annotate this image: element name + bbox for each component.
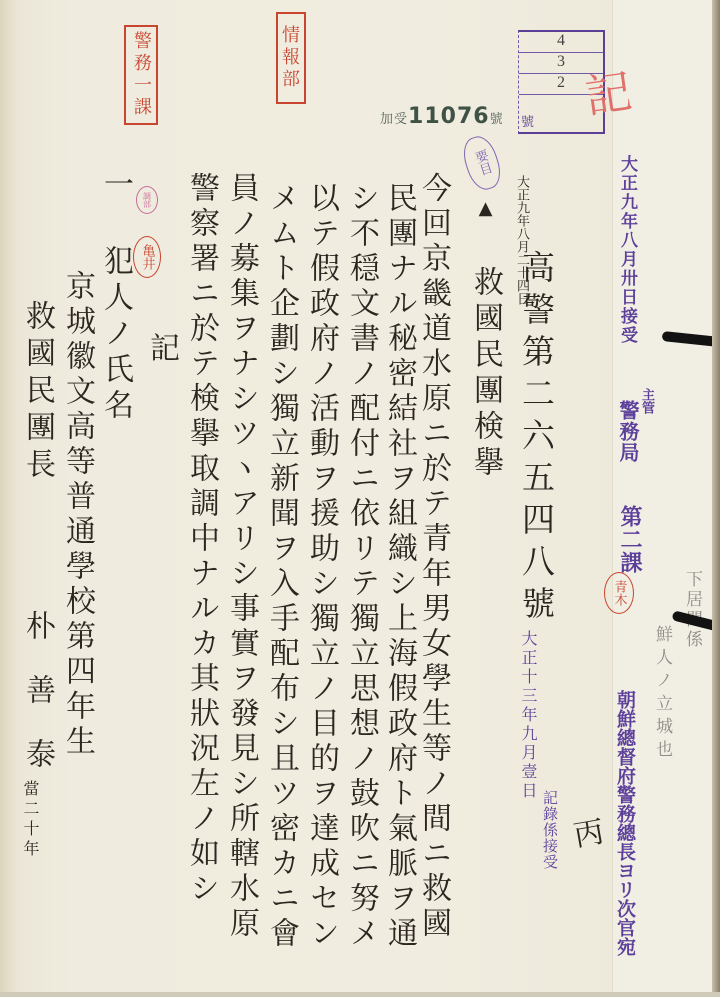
body-column-2: 民團ナル秘密結社ヲ組織シ上海假政府ト氣脈ヲ通	[384, 182, 414, 952]
page-edge	[712, 0, 720, 997]
item-label-text: 犯人ノ氏名	[98, 245, 133, 425]
stamp-kamei: 亀井	[133, 236, 161, 278]
section-stamp: 第二課	[618, 505, 640, 574]
record-receipt-date: 大正十三年九月壹日	[520, 630, 536, 801]
suspect-age: 當二十年	[22, 780, 38, 860]
stamp-chobu: 調部	[136, 186, 158, 214]
triangle-mark-icon: ▲	[475, 198, 496, 225]
subject-text: 救國民團検擧	[468, 266, 503, 482]
body-column-3: シ不穏文書ノ配付ニ依リテ獨立思想ノ鼓吹ニ努メ	[346, 182, 376, 952]
stamp-keimu-ikka: 警務一課	[124, 25, 158, 125]
document-page: 警務一課 情報部 加受11076號 4 3 2 號 記 要目 大正九年八月二十四…	[0, 0, 712, 997]
document-number: 高警第二六五四八號	[520, 250, 553, 628]
body-column-7: 警察署ニ於テ検擧取調中ナルカ其狀況左ノ如シ	[186, 172, 216, 907]
subject-line: ▲ 救國民團検擧	[470, 198, 500, 482]
reference-number: 加受11076號	[380, 104, 504, 129]
suspect-name: 朴善泰	[22, 610, 52, 802]
body-column-4: 以テ假政府ノ活動ヲ援助シ獨立ノ目的ヲ達成セン	[306, 182, 336, 952]
bureau-stamp: 警務局	[618, 400, 638, 463]
bureau-prefix: 主管	[640, 388, 653, 414]
body-column-1: 今回京畿道水原ニ於テ青年男女學生等ノ間ニ救國	[418, 172, 448, 942]
stamp-aoki: 青木	[604, 572, 634, 614]
registry-row: 4	[519, 32, 603, 53]
stamp-yomoku: 要目	[458, 132, 505, 193]
suspect-role: 救國民團長	[22, 300, 52, 485]
bottom-edge	[0, 992, 720, 997]
record-receipt-label: 記錄係接受	[542, 790, 557, 870]
handwritten-hei-mark: 丙	[567, 816, 602, 854]
registry-label: 號	[521, 111, 534, 130]
item-marker: 一	[98, 168, 133, 204]
sender-stamp: 朝鮮總督府警務總長ヨリ次官宛	[615, 690, 634, 956]
receipt-stamp-date: 大正九年八月卅日接受	[618, 155, 635, 345]
body-column-5: メムト企劃シ獨立新聞ヲ入手配布シ且ツ密カニ會	[266, 182, 296, 952]
pencil-note-1: 下居関係	[680, 570, 705, 650]
pencil-note-2: 鮮人ノ立城也	[650, 625, 675, 763]
red-crayon-mark: 記	[581, 55, 636, 127]
body-column-6: 員ノ募集ヲナシツヽアリシ事實ヲ發見シ所轄水原	[226, 172, 256, 942]
suspect-school: 京城徽文高等普通學校第四年生	[62, 270, 92, 760]
item-label: 一 犯人ノ氏名	[100, 168, 130, 425]
stamp-joho-bu: 情報部	[276, 12, 306, 104]
ki-heading: 記	[146, 332, 176, 365]
